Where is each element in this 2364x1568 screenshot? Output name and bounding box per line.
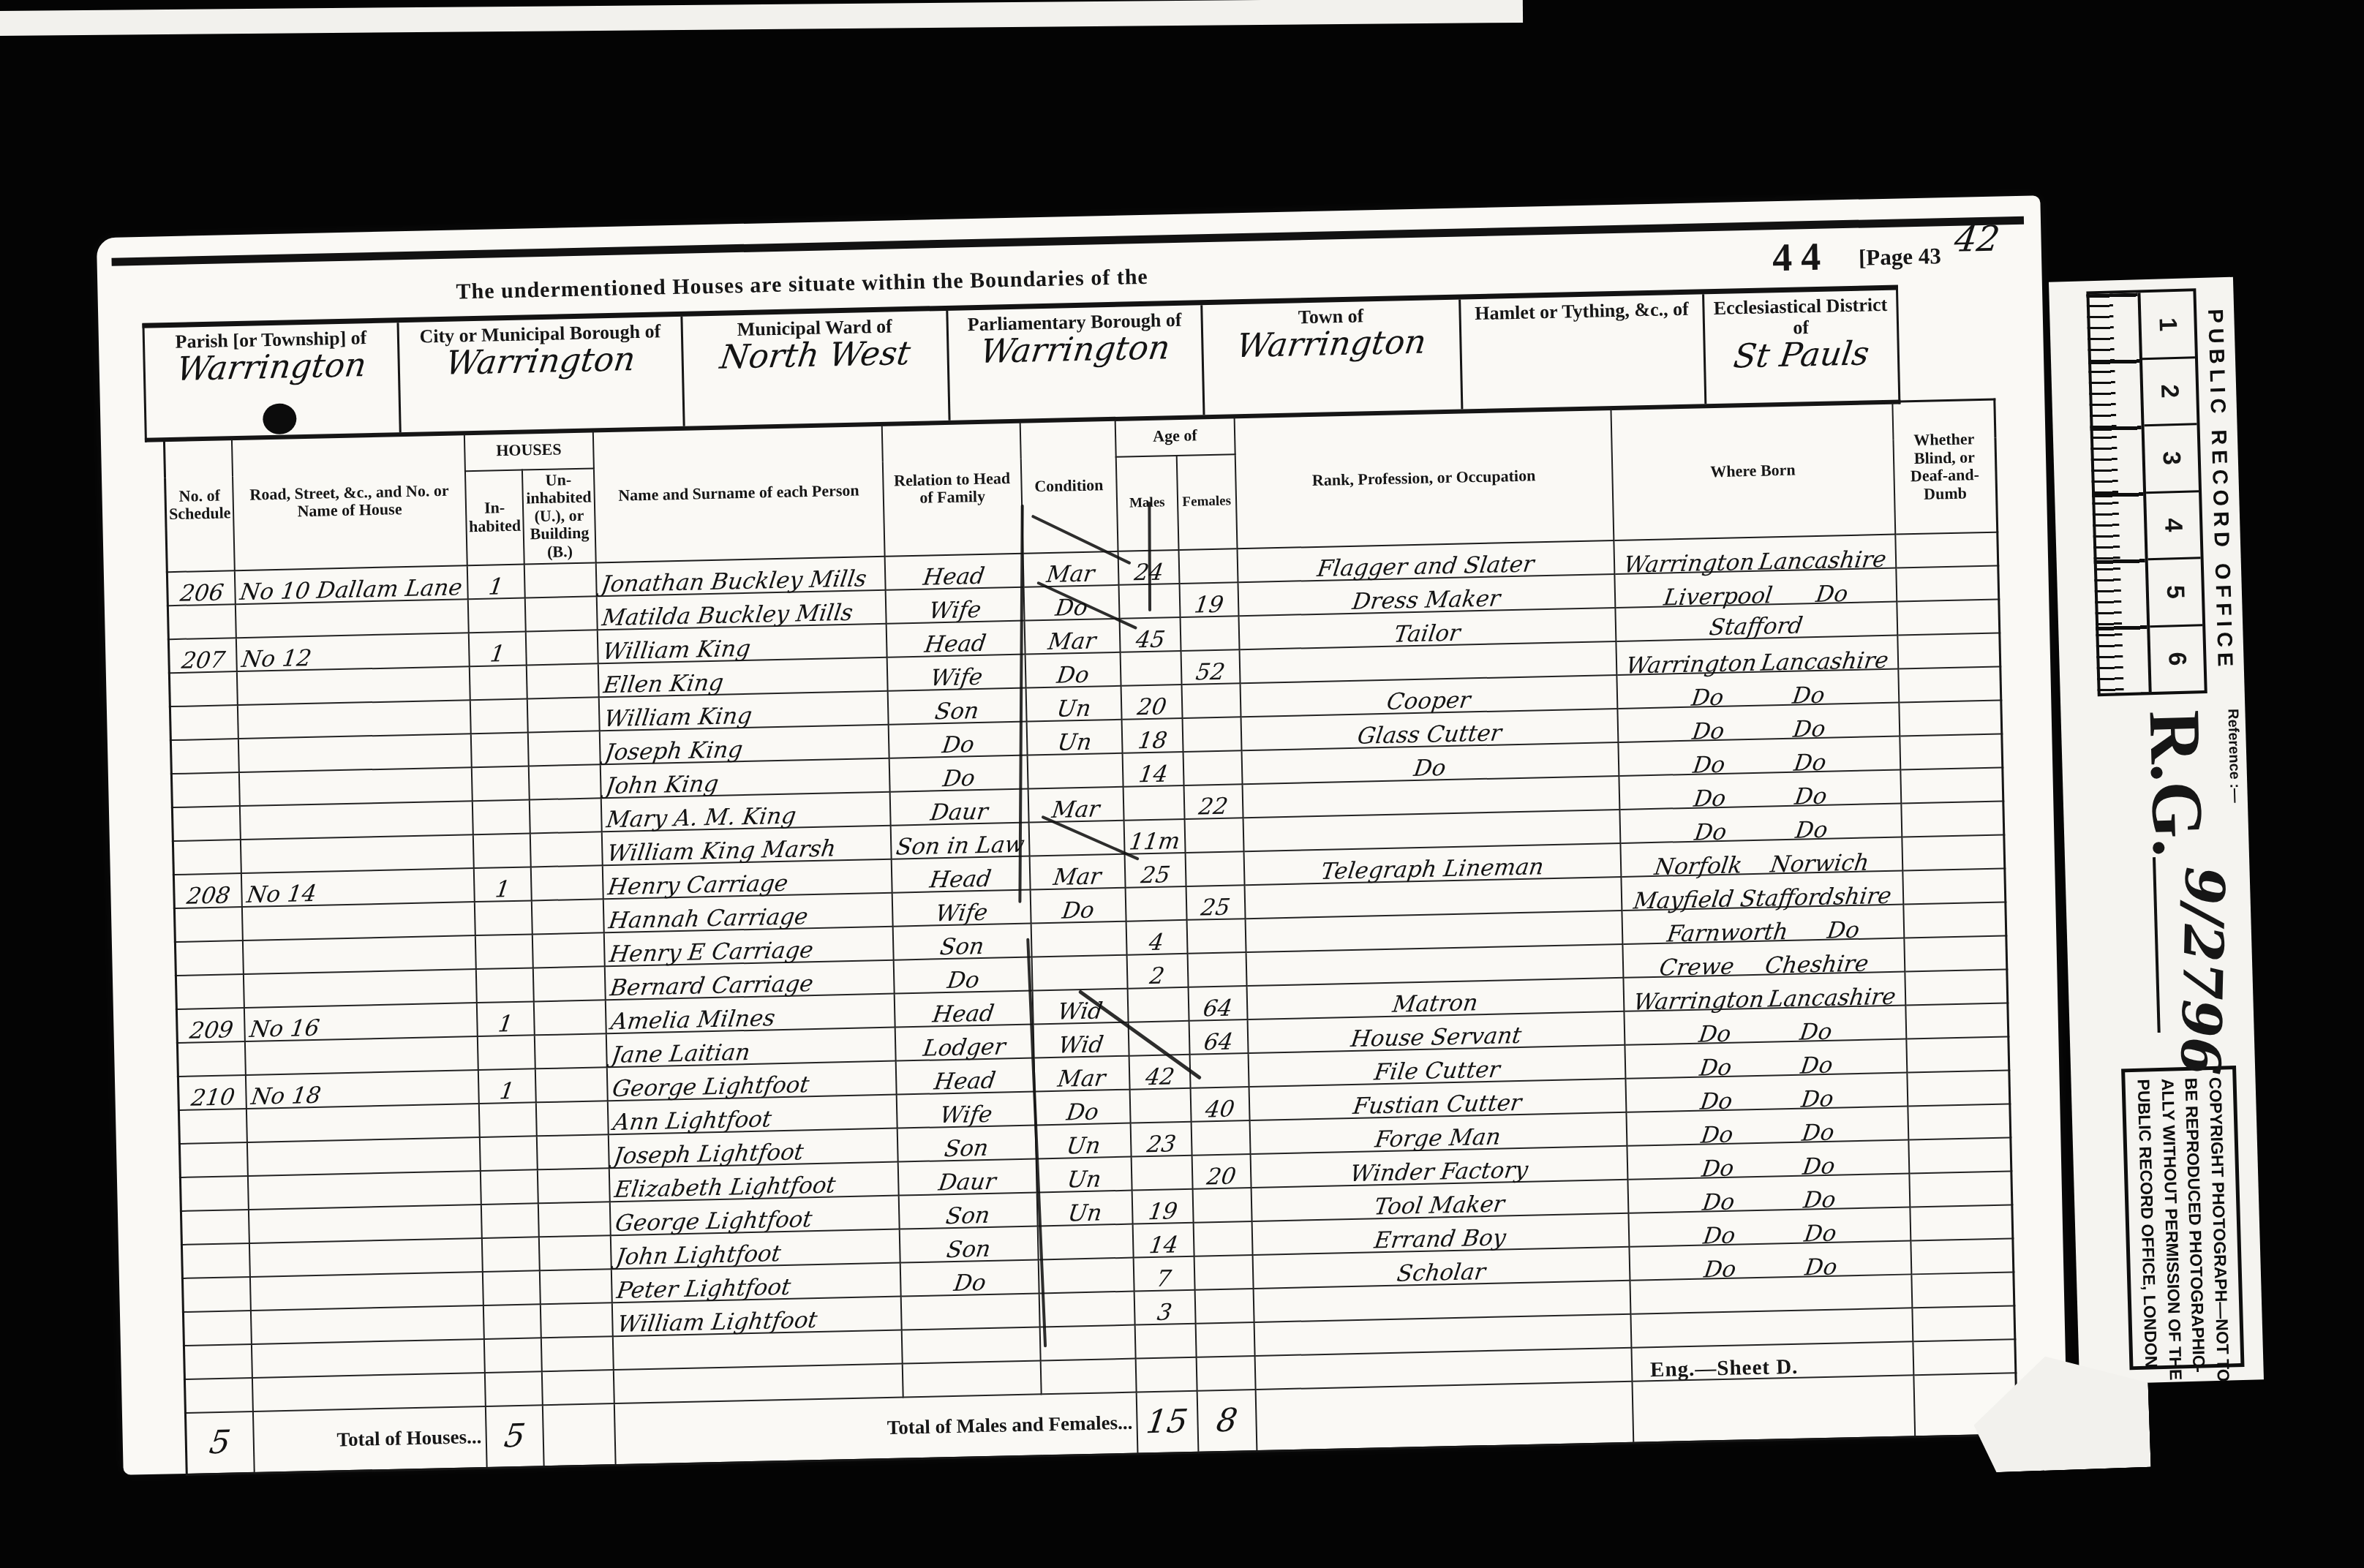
cell-cond [1031, 954, 1127, 990]
geo-hamlet: Hamlet or Tything, &c., of [1458, 294, 1704, 409]
cell-m: 11m [1123, 819, 1185, 854]
cell-m: 20 [1121, 685, 1182, 720]
cell-rel: Son [887, 687, 1026, 724]
ruler-number: 6 [2150, 626, 2204, 692]
cell-uninh [532, 932, 604, 968]
cell-rel: Son in Law [890, 822, 1029, 859]
totals-houses-value: 5 [502, 1417, 527, 1455]
cell-blind [1900, 767, 2003, 803]
geo-ward-value: North West [681, 333, 949, 377]
piece-number: 9/2796 [2168, 866, 2236, 1076]
cell-street [247, 1137, 480, 1176]
cell-sched: 206 [167, 570, 236, 606]
cell-uninh [525, 596, 597, 631]
cell-sched: 208 [173, 873, 242, 908]
cell-f [1193, 1221, 1252, 1256]
cell-street: No 14 [241, 868, 474, 907]
cell-f: 64 [1189, 1019, 1248, 1055]
cell-inh [469, 665, 527, 700]
cell-cond [1031, 921, 1126, 957]
cell-rel: Head [884, 553, 1023, 589]
scanner-edge-band [0, 0, 1523, 36]
cell-f [1183, 750, 1242, 785]
cell-sched [170, 705, 238, 740]
cell-sched: 209 [176, 1008, 245, 1043]
cell-sched [182, 1277, 251, 1312]
cell-m [1125, 886, 1186, 921]
cell-sched [174, 907, 243, 942]
cell-m [1123, 785, 1184, 821]
cell-uninh [539, 1235, 611, 1270]
cell-rel: Head [894, 990, 1033, 1027]
totals-empty-occupation [1255, 1381, 1633, 1451]
cell-f [1186, 919, 1246, 954]
ruler-number: 3 [2145, 425, 2199, 493]
cell-street [250, 1272, 483, 1311]
cell-blind [1902, 834, 2005, 870]
header-occupation: Rank, Profession, or Occupation [1234, 408, 1614, 549]
cell-cond: Un [1035, 1123, 1131, 1158]
geo-ecclesiastical: Ecclesiastical District of St Pauls [1702, 290, 1898, 404]
cell-m: 14 [1122, 752, 1183, 787]
cell-born: WarringtonLancashire [1616, 635, 1898, 674]
cell-inh: 1 [468, 631, 527, 666]
cell-rel: Wife [896, 1091, 1035, 1128]
cell-blind [1901, 801, 2004, 837]
header-males: Males [1116, 456, 1179, 551]
totals-females-value: 8 [1214, 1402, 1240, 1440]
cell-blind [1905, 969, 2008, 1005]
geo-town-value: Warrington [1201, 322, 1462, 366]
cell-inh [470, 732, 529, 767]
cell-inh [472, 799, 530, 834]
cell-sched [181, 1210, 249, 1245]
cell-f [1184, 818, 1243, 853]
cell-blind [1911, 1238, 2014, 1274]
geo-parl-borough-value: Warrington [946, 327, 1204, 372]
cell-sched [177, 1041, 246, 1077]
cell-inh [483, 1338, 542, 1373]
cell-rel: Do [889, 755, 1028, 791]
cell-inh [481, 1203, 539, 1238]
cell-f [1180, 616, 1239, 651]
cell-uninh [532, 899, 603, 934]
cell-born: WarringtonLancashire [1614, 534, 1896, 573]
header-schedule: No. of Schedule [164, 438, 235, 572]
folio-stamp-number: 44 [1772, 234, 1829, 281]
cell-uninh [524, 562, 596, 598]
ruler-numbers: 1 2 3 4 5 6 [2137, 291, 2204, 692]
pro-reference-section: Reference :— R.G. 9/2796 [2060, 701, 2254, 1058]
cell-rel [900, 1293, 1039, 1330]
cell-inh: 1 [467, 564, 525, 599]
cell-rel [902, 1360, 1041, 1397]
totals-males-females-label: Total of Males and Females... [616, 1411, 1136, 1445]
cell-blind [1897, 633, 2000, 668]
cell-born [1630, 1308, 1913, 1347]
cell-inh [471, 766, 530, 801]
cell-sched [176, 974, 244, 1009]
cell-uninh [527, 663, 598, 698]
cell-rel: Do [888, 721, 1027, 758]
pro-ruler-section: PUBLIC RECORD OFFICE 1 2 3 4 5 6 [2049, 277, 2245, 706]
cell-uninh [528, 731, 600, 766]
cell-rel: Daur [889, 788, 1028, 825]
cell-m: 19 [1132, 1188, 1193, 1224]
pro-stamp-content: PUBLIC RECORD OFFICE 1 2 3 4 5 6 Referen… [2049, 277, 2264, 1384]
cell-cond: Un [1036, 1190, 1132, 1226]
cell-sched [169, 671, 238, 706]
cell-street [240, 801, 473, 840]
cell-blind [1911, 1272, 2014, 1308]
cell-sched [171, 772, 240, 807]
cell-cond [1040, 1358, 1136, 1394]
totals-schedule-value: 5 [208, 1424, 233, 1462]
header-inhabited: In-habited [464, 470, 524, 565]
cell-street: No 12 [236, 633, 469, 671]
cell-inh [481, 1237, 540, 1272]
totals-males-females-label-cell: Total of Males and Females... [614, 1392, 1138, 1465]
cell-street [251, 1305, 483, 1344]
cell-sched [179, 1142, 248, 1177]
cell-m: 14 [1132, 1222, 1194, 1257]
totals-empty-born [1632, 1375, 1915, 1443]
cell-m [1131, 1155, 1192, 1190]
cell-street [249, 1238, 482, 1277]
cell-rel: Son [897, 1125, 1036, 1161]
cell-rel: Do [893, 957, 1032, 993]
cell-m [1120, 651, 1181, 686]
cell-rel: Wife [885, 587, 1024, 623]
cell-blind [1913, 1339, 2016, 1375]
cell-m: 7 [1133, 1256, 1194, 1291]
cell-rel: Wife [886, 654, 1025, 690]
cell-blind [1902, 868, 2006, 904]
ruler-number: 5 [2148, 559, 2203, 627]
pro-stamp-strip: PUBLIC RECORD OFFICE 1 2 3 4 5 6 Referen… [2049, 277, 2264, 1384]
cell-m: 42 [1129, 1054, 1190, 1089]
cell-inh [470, 698, 528, 734]
cell-inh [467, 598, 526, 633]
cell-inh [480, 1169, 538, 1205]
page-label: [Page 43 [1859, 243, 1942, 271]
cell-uninh [535, 1033, 606, 1068]
cell-f [1192, 1188, 1251, 1223]
cell-uninh [533, 966, 605, 1001]
cell-inh [473, 833, 531, 868]
header-relation: Relation to Head of Family [881, 421, 1023, 556]
cell-blind [1908, 1104, 2011, 1139]
cell-cond: Do [1030, 887, 1126, 923]
cell-rel: Wife [892, 889, 1031, 926]
cell-cond [1039, 1324, 1135, 1360]
cell-sched: 207 [168, 638, 237, 673]
cell-m: 4 [1126, 920, 1187, 955]
ruler-number: 2 [2142, 358, 2197, 426]
totals-schedule-cell: 5 [185, 1411, 255, 1475]
census-table-body: 206No 10 Dallam Lane1Jonathan Buckley Mi… [167, 532, 2016, 1412]
cell-rel: Head [895, 1058, 1034, 1094]
cell-inh: 1 [473, 867, 532, 902]
cell-blind [1895, 532, 1998, 568]
cell-f [1196, 1356, 1255, 1391]
cell-blind [1910, 1205, 2013, 1240]
cell-f [1178, 549, 1238, 584]
cell-f [1182, 717, 1241, 752]
cell-cond: Mar [1029, 853, 1125, 889]
cell-rel: Lodger [895, 1024, 1034, 1060]
cell-street [252, 1373, 485, 1411]
cell-sched [173, 840, 241, 875]
cell-inh: 1 [476, 1001, 535, 1036]
cell-cond [1028, 820, 1124, 856]
cell-f: 22 [1183, 784, 1243, 819]
cell-m [1127, 987, 1189, 1022]
header-street: Road, Street, &c., and No. or Name of Ho… [232, 433, 467, 570]
cell-uninh [542, 1370, 614, 1405]
cell-cond: Un [1025, 685, 1121, 721]
census-table: No. of Schedule Road, Street, &c., and N… [163, 399, 2019, 1476]
geo-parl-borough: Parliamentary Borough of Warrington [946, 305, 1202, 421]
cell-cond: Do [1034, 1089, 1130, 1125]
reference-underline [2153, 857, 2161, 1033]
geo-hamlet-value [1461, 328, 1703, 333]
cell-m: 23 [1130, 1121, 1192, 1156]
cell-street: No 18 [246, 1070, 478, 1109]
geo-ecclesiastical-label: Ecclesiastical District of [1704, 290, 1897, 341]
cell-f: 19 [1179, 582, 1238, 617]
cell-uninh [534, 1000, 606, 1035]
cell-uninh [541, 1336, 613, 1371]
cell-inh [479, 1136, 538, 1171]
cell-sched [175, 941, 244, 976]
sheet-note: Eng.—Sheet D. [1650, 1355, 1799, 1382]
geo-parish-value: Warrington [143, 344, 400, 389]
cell-street [252, 1339, 484, 1378]
cell-f [1191, 1120, 1250, 1156]
cell-uninh [530, 832, 602, 867]
cell-blind [1897, 599, 2000, 635]
cell-f: 40 [1190, 1087, 1249, 1122]
cell-cond [1038, 1257, 1134, 1293]
cell-blind [1905, 1003, 2009, 1039]
cell-sched [170, 739, 239, 774]
cell-uninh [541, 1303, 612, 1338]
cell-cond: Un [1036, 1156, 1132, 1192]
totals-males-value: 15 [1144, 1403, 1190, 1441]
cell-uninh [531, 865, 603, 900]
cell-cond [1027, 753, 1123, 788]
cell-street [248, 1171, 481, 1210]
copyright-section: COPYRIGHT PHOTOGRAPH—NOT TO BE REPRODUCE… [2071, 1066, 2245, 1377]
cell-blind [1898, 666, 2001, 702]
cell-cond [1039, 1291, 1134, 1327]
cell-uninh [537, 1134, 609, 1169]
cell-blind [1909, 1171, 2012, 1207]
header-blind: Whether Blind, or Deaf-and-Dumb [1892, 399, 1998, 534]
cell-cond [1037, 1224, 1133, 1259]
cell-uninh [538, 1202, 610, 1237]
pro-office-title: PUBLIC RECORD OFFICE [2202, 287, 2237, 693]
cell-rel: Son [898, 1192, 1037, 1229]
totals-houses-label: Total of Houses... [255, 1425, 485, 1453]
ruler-graphic: 1 2 3 4 5 6 [2086, 288, 2207, 696]
cell-rel [901, 1327, 1040, 1363]
cell-inh [482, 1270, 541, 1305]
cell-m: 18 [1121, 718, 1183, 753]
cell-name: Jonathan Buckley Mills [595, 556, 885, 596]
cell-blind [1908, 1137, 2011, 1173]
cell-uninh [527, 697, 599, 732]
cell-cond: Mar [1024, 618, 1120, 654]
cell-cond: Do [1025, 652, 1121, 687]
page-number-handwritten: 42 [1952, 218, 2003, 260]
cell-f [1195, 1322, 1254, 1357]
header-females: Females [1176, 454, 1237, 550]
totals-houses-value-cell: 5 [485, 1405, 544, 1468]
cell-street [241, 834, 473, 873]
cell-sched [181, 1243, 250, 1278]
geo-ward: Municipal Ward of North West [680, 311, 948, 426]
cell-inh [478, 1102, 537, 1137]
cell-rel: Daur [897, 1158, 1036, 1195]
cell-uninh [536, 1101, 608, 1136]
cell-f: 52 [1181, 649, 1240, 685]
cell-rel: Head [891, 856, 1030, 892]
cell-m [1134, 1323, 1196, 1358]
cell-m [1135, 1357, 1197, 1392]
geo-borough: City or Municipal Borough of Warrington [396, 317, 682, 432]
ruler-number: 1 [2140, 291, 2195, 359]
cell-m: 3 [1134, 1289, 1195, 1324]
totals-females-cell: 8 [1197, 1390, 1257, 1452]
geo-hamlet-label: Hamlet or Tything, &c., of [1461, 294, 1703, 324]
cell-rel: Son [899, 1226, 1038, 1262]
cell-blind [1906, 1036, 2009, 1072]
cell-f [1189, 1053, 1249, 1088]
cell-uninh [530, 798, 601, 833]
cell-f [1187, 952, 1246, 987]
cell-m [1129, 1088, 1191, 1123]
cell-m: 2 [1126, 954, 1188, 989]
cell-f: 25 [1186, 885, 1245, 920]
cell-uninh [529, 764, 601, 799]
totals-males-cell: 15 [1136, 1390, 1198, 1453]
cell-f [1194, 1289, 1254, 1324]
cell-blind [1900, 734, 2003, 769]
cell-sched [178, 1109, 247, 1144]
cell-street [238, 734, 471, 772]
cell-blind [1899, 700, 2002, 736]
cell-inh [484, 1371, 543, 1406]
cell-f [1194, 1255, 1253, 1290]
geo-borough-value: Warrington [397, 339, 684, 384]
cell-rel: Do [900, 1259, 1039, 1296]
cell-sched [184, 1378, 253, 1413]
cell-blind [1907, 1070, 2010, 1106]
ruler-number: 4 [2146, 492, 2201, 560]
ink-stroke [1148, 502, 1151, 611]
cell-sched [167, 604, 236, 639]
cell-sched [180, 1176, 249, 1211]
cell-cond: Wid [1033, 1022, 1129, 1058]
cell-uninh [535, 1067, 607, 1102]
cell-sched [172, 806, 241, 841]
cell-inh [483, 1304, 541, 1339]
cell-inh [475, 934, 533, 969]
scanned-census-page: The undermentioned Houses are situate wi… [0, 0, 2364, 1568]
census-form-paper: The undermentioned Houses are situate wi… [97, 195, 2067, 1475]
series-code: R.G. [2137, 709, 2215, 858]
cell-uninh [540, 1269, 611, 1304]
cell-street [239, 767, 472, 806]
cell-street [244, 969, 476, 1008]
cell-uninh [538, 1168, 609, 1203]
cell-sched [184, 1344, 252, 1379]
geo-ecclesiastical-value: St Pauls [1703, 333, 1900, 377]
geo-town: Town of Warrington [1200, 300, 1461, 415]
cell-f [1181, 683, 1241, 718]
cell-blind [1896, 565, 1999, 601]
copyright-box: COPYRIGHT PHOTOGRAPH—NOT TO BE REPRODUCE… [2121, 1066, 2244, 1370]
header-name: Name and Surname of each Person [593, 423, 885, 562]
cell-cond: Mar [1034, 1055, 1129, 1091]
cell-f: 20 [1192, 1154, 1251, 1189]
cell-blind [1912, 1305, 2015, 1341]
header-born: Where Born [1611, 402, 1895, 540]
cell-inh [477, 1035, 535, 1070]
cell-blind [1904, 935, 2007, 971]
header-uninhabited: Un-inhabited (U.), or Building (B.) [522, 468, 595, 564]
cell-cond: Un [1026, 719, 1122, 755]
cell-f [1185, 851, 1244, 886]
cell-sched [183, 1311, 252, 1346]
cell-inh [475, 968, 534, 1003]
totals-houses-label-cell: Total of Houses... [253, 1406, 486, 1473]
cell-f: 64 [1188, 986, 1247, 1021]
cell-street: No 16 [244, 1003, 477, 1041]
cell-street [243, 935, 475, 974]
cell-street [238, 700, 470, 739]
cell-street [249, 1205, 481, 1243]
header-houses: HOUSES [464, 430, 593, 471]
cell-rel: Son [892, 923, 1031, 960]
cell-sched: 210 [178, 1075, 246, 1110]
header-age: Age of [1115, 416, 1235, 457]
cell-blind [1903, 902, 2006, 938]
cell-street: No 10 Dallam Lane [235, 565, 467, 604]
cell-uninh [526, 630, 598, 665]
cell-inh [474, 900, 532, 935]
cell-inh: 1 [478, 1068, 536, 1104]
cell-rel: Head [886, 620, 1025, 657]
totals-empty-uninhabited [543, 1403, 615, 1467]
